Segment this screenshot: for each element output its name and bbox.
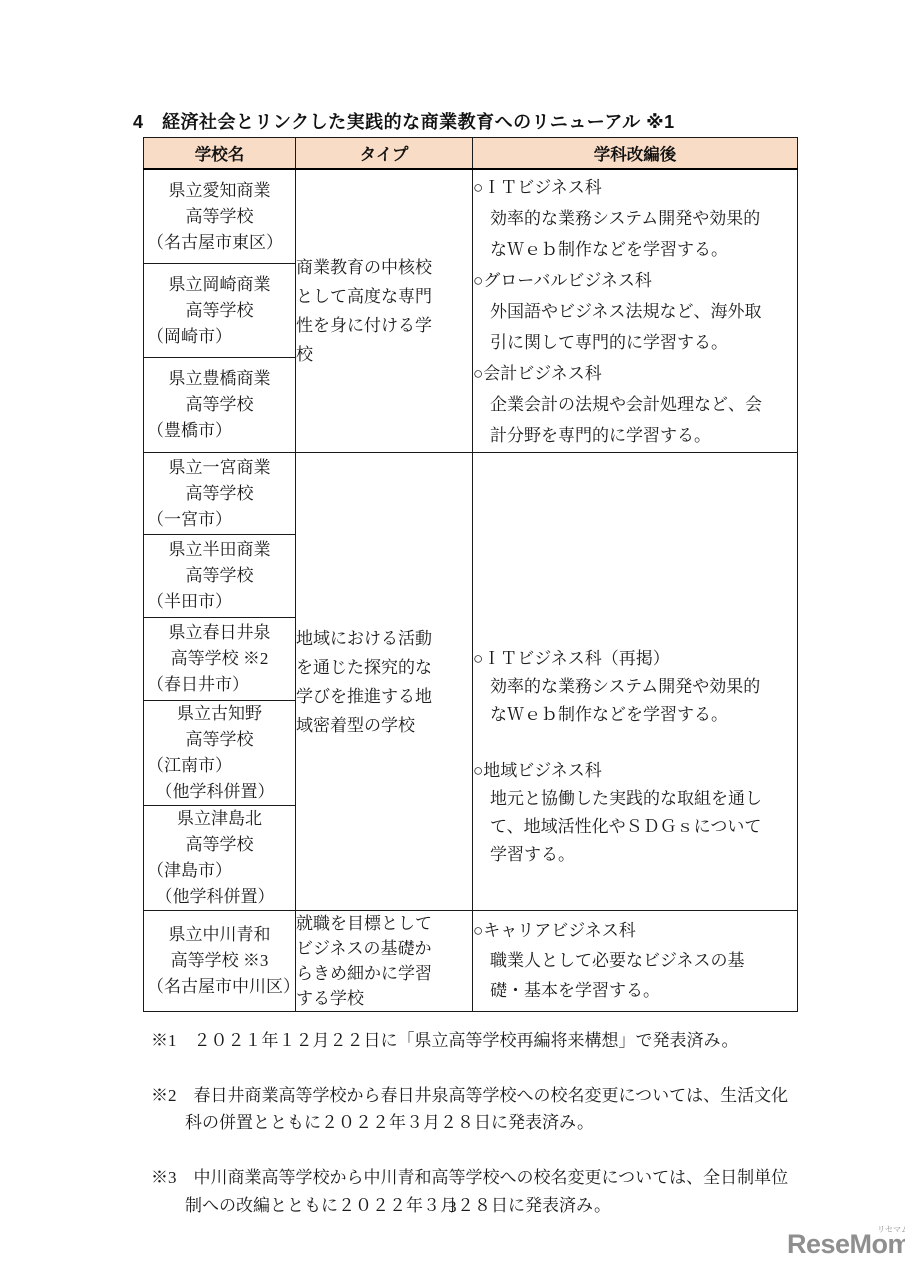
school-name-line: 県立岡崎商業: [144, 272, 295, 298]
type-cell: 就職を目標として ビジネスの基礎か らきめ細かに学習 する学校: [296, 911, 473, 1012]
school-name-line: 県立津島北: [144, 806, 295, 832]
school-city-line: （岡崎市）: [144, 324, 295, 350]
table-row: 県立愛知商業 高等学校 （名古屋市東区） 商業教育の中核校 として高度な専門 性…: [144, 169, 798, 264]
header-cell-curriculum: 学科改編後: [473, 138, 798, 170]
school-name-line: 高等学校: [144, 392, 295, 418]
table-row: 県立一宮商業 高等学校 （一宮市） 地域における活動 を通じた探究的な 学びを推…: [144, 453, 798, 535]
curriculum-cell: ○ＩＴビジネス科 効率的な業務システム開発や効果的 なＷｅｂ制作などを学習する。…: [473, 169, 798, 453]
school-city-line: （津島市）: [144, 858, 295, 884]
footnote-1: ※1 ２０２１年１２月２２日に「県立高等学校再編将来構想」で発表済み。: [151, 1027, 788, 1055]
school-city-line: （春日井市）: [144, 672, 295, 698]
type-cell: 地域における活動 を通じた探究的な 学びを推進する地 域密着型の学校: [296, 453, 473, 911]
school-city-line: （名古屋市東区）: [144, 230, 295, 256]
page-title: 4 経済社会とリンクした実践的な商業教育へのリニューアル ※1: [133, 108, 675, 134]
school-name-cell: 県立愛知商業 高等学校 （名古屋市東区）: [144, 169, 296, 264]
school-name-line: 県立春日井泉: [144, 620, 295, 646]
school-city-line: （半田市）: [144, 589, 295, 615]
school-name-line: 県立愛知商業: [144, 178, 295, 204]
school-city-line: （名古屋市中川区）: [144, 974, 295, 1000]
footnote-2: ※2 春日井商業高等学校から春日井泉高等学校への校名変更については、生活文化 科…: [151, 1082, 788, 1137]
school-name-line: 高等学校: [144, 204, 295, 230]
school-name-line: 高等学校: [144, 481, 295, 507]
school-name-cell: 県立中川青和 高等学校 ※3 （名古屋市中川区）: [144, 911, 296, 1012]
school-name-line: 高等学校 ※2: [144, 646, 295, 672]
school-name-cell: 県立半田商業 高等学校 （半田市）: [144, 535, 296, 618]
school-name-line: 県立半田商業: [144, 537, 295, 563]
school-city-line: （豊橋市）: [144, 418, 295, 444]
type-cell: 商業教育の中核校 として高度な専門 性を身に付ける学 校: [296, 169, 473, 453]
school-name-cell: 県立一宮商業 高等学校 （一宮市）: [144, 453, 296, 535]
school-name-cell: 県立津島北 高等学校 （津島市） （他学科併置）: [144, 806, 296, 911]
school-city-line: （江南市）: [144, 753, 295, 779]
school-name-line: 県立一宮商業: [144, 455, 295, 481]
school-name-cell: 県立豊橋商業 高等学校 （豊橋市）: [144, 358, 296, 453]
page-number: 3: [0, 1199, 905, 1217]
schools-table: 学校名 タイプ 学科改編後 県立愛知商業 高等学校 （名古屋市東区） 商業教育の…: [143, 137, 798, 1012]
school-name-line: 高等学校 ※3: [144, 948, 295, 974]
resemom-logo-kana: リセマム: [877, 1224, 905, 1235]
school-name-line: 高等学校: [144, 727, 295, 753]
school-name-line: 高等学校: [144, 832, 295, 858]
school-name-cell: 県立岡崎商業 高等学校 （岡崎市）: [144, 264, 296, 358]
school-name-line: 高等学校: [144, 298, 295, 324]
header-cell-type: タイプ: [296, 138, 473, 170]
school-name-line: 県立豊橋商業: [144, 366, 295, 392]
resemom-logo: ReseMom. リセマム: [787, 1229, 905, 1260]
school-name-cell: 県立古知野 高等学校 （江南市） （他学科併置）: [144, 701, 296, 806]
school-note-line: （他学科併置）: [144, 884, 295, 910]
school-city-line: （一宮市）: [144, 507, 295, 533]
school-note-line: （他学科併置）: [144, 779, 295, 805]
school-name-line: 県立中川青和: [144, 922, 295, 948]
school-name-line: 高等学校: [144, 563, 295, 589]
curriculum-cell: ○ＩＴビジネス科（再掲） 効率的な業務システム開発や効果的 なＷｅｂ制作などを学…: [473, 453, 798, 911]
table-row: 県立中川青和 高等学校 ※3 （名古屋市中川区） 就職を目標として ビジネスの基…: [144, 911, 798, 1012]
school-name-line: 県立古知野: [144, 701, 295, 727]
school-name-cell: 県立春日井泉 高等学校 ※2 （春日井市）: [144, 618, 296, 701]
table-header-row: 学校名 タイプ 学科改編後: [144, 138, 798, 170]
header-cell-school-name: 学校名: [144, 138, 296, 170]
curriculum-cell: ○キャリアビジネス科 職業人として必要なビジネスの基 礎・基本を学習する。: [473, 911, 798, 1012]
